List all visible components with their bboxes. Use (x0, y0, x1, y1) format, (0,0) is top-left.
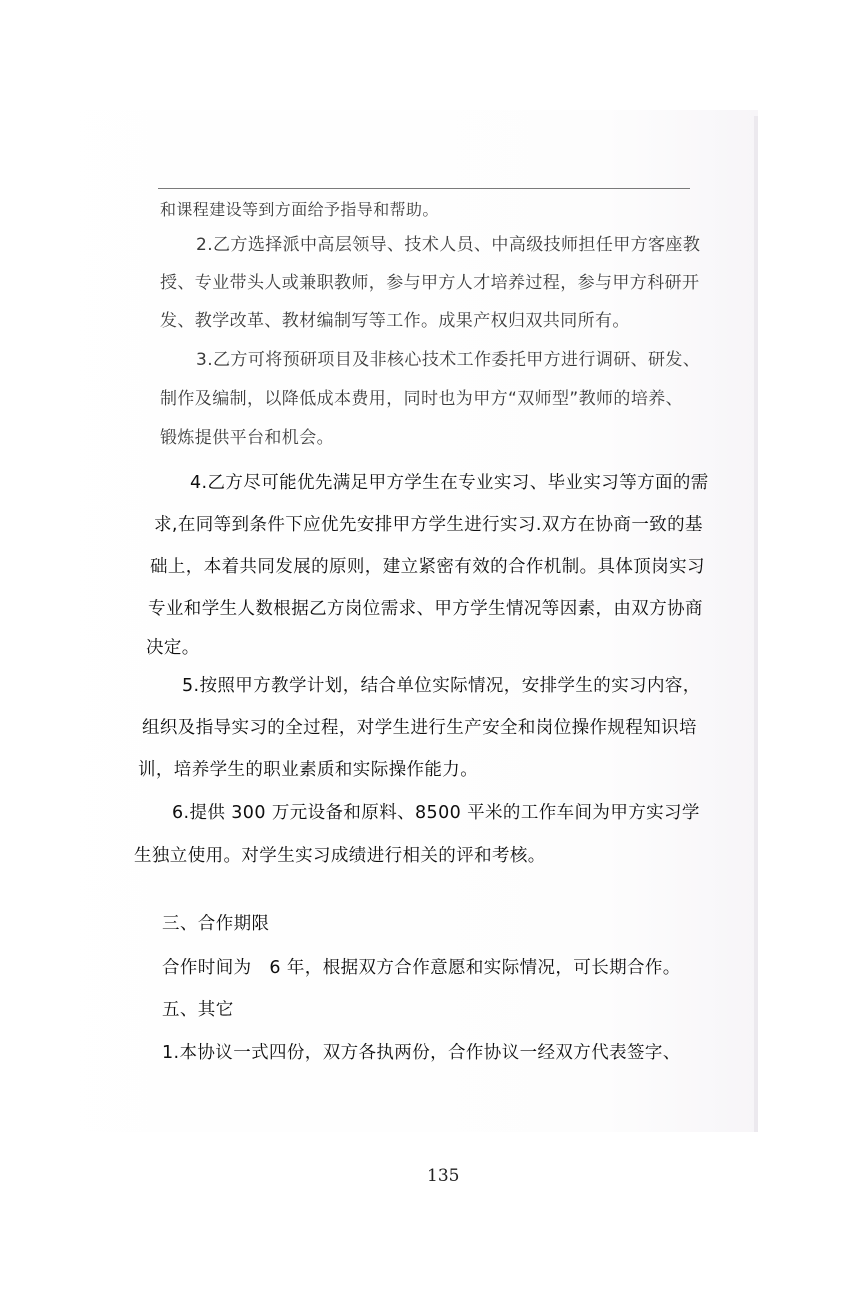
page-number: 135 (427, 1166, 459, 1186)
section-five-heading: 五、其它 (162, 1000, 234, 1020)
item-5-line-1: 5.按照甲方教学计划，结合单位实际情况，安排学生的实习内容， (182, 676, 701, 696)
item-6-line-1: 6.提供 300 万元设备和原料、8500 平米的工作车间为甲方实习学 (172, 803, 700, 823)
section-five-item-1: 1.本协议一式四份，双方各执两份，合作协议一经双方代表签字、 (162, 1043, 681, 1063)
item-4-line-3: 础上，本着共同发展的原则，建立紧密有效的合作机制。具体顶岗实习 (150, 557, 705, 577)
item-2-line-3: 发、教学改革、教材编制写等工作。成果产权归双共同所有。 (160, 311, 630, 331)
section-three-heading: 三、合作期限 (162, 914, 269, 934)
item-6-line-2: 生独立使用。对学生实习成绩进行相关的评和考核。 (134, 846, 546, 866)
scan-edge (754, 116, 758, 1132)
item-4-line-1: 4.乙方尽可能优先满足甲方学生在专业实习、毕业实习等方面的需 (190, 473, 709, 493)
item-3-line-2: 制作及编制，以降低成本费用，同时也为甲方“双师型”教师的培养、 (160, 389, 683, 409)
item-5-line-3: 训，培养学生的职业素质和实际操作能力。 (138, 760, 478, 780)
item-4-line-5: 决定。 (146, 638, 200, 658)
header-rule (158, 188, 690, 189)
item-4-line-4: 专业和学生人数根据乙方岗位需求、甲方学生情况等因素，由双方协商 (148, 599, 703, 619)
item-5-line-2: 组织及指导实习的全过程，对学生进行生产安全和岗位操作规程知识培 (142, 718, 697, 738)
item-2-line-1: 2.乙方选择派中高层领导、技术人员、中高级技师担任甲方客座教 (196, 235, 700, 255)
item-4-line-2: 求,在同等到条件下应优先安排甲方学生进行实习.双方在协商一致的基 (154, 515, 703, 535)
section-three-body: 合作时间为 6 年，根据双方合作意愿和实际情况，可长期合作。 (162, 958, 681, 978)
scanned-page (0, 110, 758, 1132)
item-3-line-3: 锻炼提供平台和机会。 (160, 428, 334, 448)
continued-line: 和课程建设等到方面给予指导和帮助。 (160, 200, 439, 220)
item-2-line-2: 授、专业带头人或兼职教师，参与甲方人才培养过程，参与甲方科研开 (160, 273, 699, 293)
item-3-line-1: 3.乙方可将预研项目及非核心技术工作委托甲方进行调研、研发、 (196, 350, 700, 370)
